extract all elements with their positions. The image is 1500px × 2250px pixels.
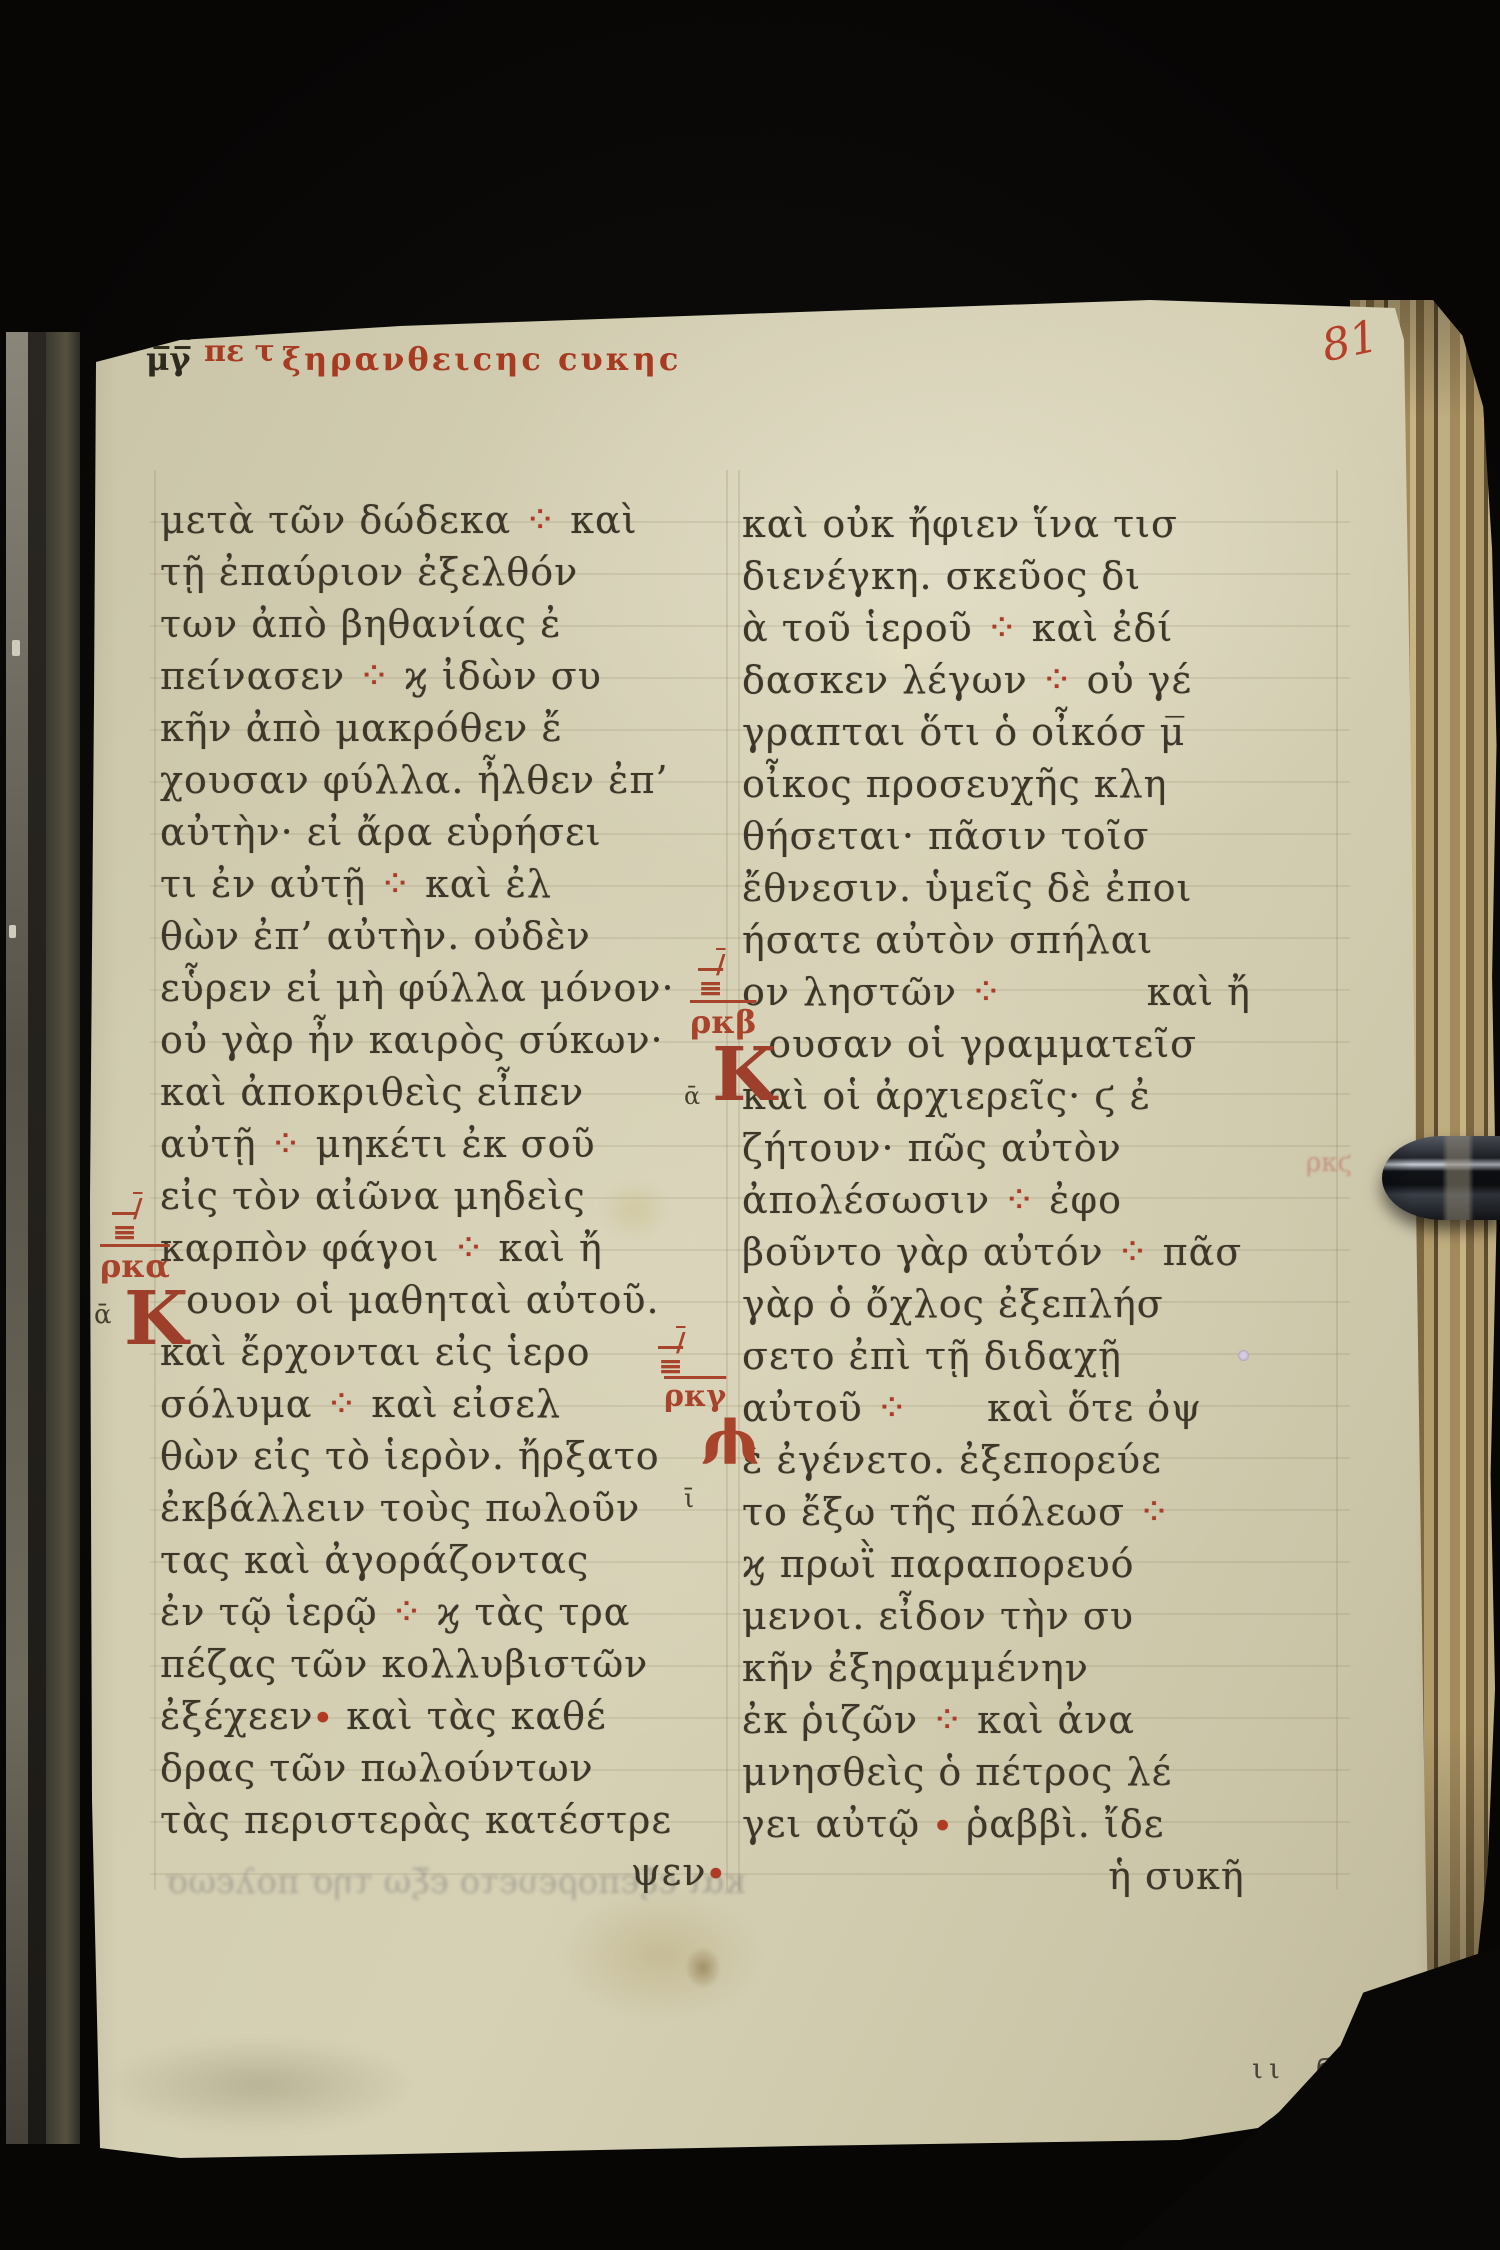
manuscript-line: μενοι. εἶδον τὴν συ [742,1590,1342,1642]
kephalaion-abbreviation: πε τ [204,334,275,369]
manuscript-line: δρας τῶν πωλούντων [160,1742,740,1794]
manuscript-photo: και ϵξϵπορϵυϵτο ϵξω τησ πολϵωσ μ̅γ̅ πε τ… [0,0,1500,2250]
canon-number-1: ᾱ [94,1302,112,1328]
manuscript-line: ϗ πρωῒ παραπορευό [742,1538,1342,1590]
manuscript-line: καὶ οὐκ ἤφιεν ἵνα τισ [742,498,1342,550]
manuscript-line: ἐκβάλλειν τοὺς πωλοῦν [160,1482,740,1534]
ruling-vertical [154,470,156,1890]
initial-kappa-left: Κ [124,1282,188,1356]
spine-edge-strip [6,332,28,2144]
manuscript-line: ἐξέχεεν∙ καὶ τὰς καθέ [160,1690,740,1742]
canon-number-1: ᾱ [684,1084,700,1108]
manuscript-line: ήσατε αὐτὸν σπήλαι [742,914,1342,966]
ammonian-section-123: ρκγ [664,1382,726,1412]
manuscript-line: χουσαν φύλλα. ἦλθεν ἐπ’ [160,754,740,806]
manuscript-line: σόλυμα ⁘ καὶ εἰσελ [160,1378,740,1430]
manuscript-line: καὶ ἔρχονται εἰς ἱερο [160,1326,740,1378]
manuscript-line: αὐτὴν· εἰ ἄρα εὑρήσει [160,806,740,858]
show-through-red: ρκϛ [1306,1150,1352,1176]
column-left: μετὰ τῶν δώδεκα ⁘ καὶτῇ ἐπαύριον ἐξελθόν… [160,494,740,1898]
pen [1382,1136,1500,1220]
manuscript-line: ουον οἱ μαθηταὶ αὐτοῦ. [160,1274,740,1326]
manuscript-line: διενέγκη. σκεῦος δι [742,550,1342,602]
manuscript-line: σετο ἐπὶ τῇ διδαχῇ [742,1330,1342,1382]
manuscript-line: τι ἐν αὐτῇ ⁘ καὶ ἐλ [160,858,740,910]
manuscript-line: ἡ συκῆ [742,1850,1342,1902]
manuscript-line: θὼν εἰς τὸ ἱερὸν. ἤρξατο [160,1430,740,1482]
manuscript-line: αὐτοῦ ⁘ καὶ ὅτε ὀψ [742,1382,1342,1434]
manuscript-line: ζήτουν· πῶς αὐτὸν [742,1122,1342,1174]
spine-paper-chip [12,640,20,656]
manuscript-line: τῇ ἐπαύριον ἐξελθόν [160,546,740,598]
canon-bars: ≡ [658,1352,683,1382]
stain [686,1948,720,1988]
manuscript-line: δασκεν λέγων ⁘ οὐ γέ [742,654,1342,706]
column-right: καὶ οὐκ ἤφιεν ἵνα τισδιενέγκη. σκεῦος δι… [742,498,1342,1902]
manuscript-line: ουσαν οἱ γραμματεῖσ [742,1018,1342,1070]
folio-number: 81 [1317,311,1382,373]
canon-bars: ≡ [698,974,723,1004]
manuscript-page: και ϵξϵπορϵυϵτο ϵξω τησ πολϵωσ μ̅γ̅ πε τ… [0,0,1500,2250]
manuscript-line: ψεν∙ [160,1846,740,1898]
manuscript-line: το ἔξω τῆς πόλεωσ ⁘ [742,1486,1342,1538]
manuscript-line: ον ληστῶν ⁘ καὶ ἤ [742,966,1342,1018]
manuscript-line: εὗρεν εἰ μὴ φύλλα μόνον· [160,962,740,1014]
iota-gloss: ῑ [684,1486,694,1512]
manuscript-line: τὰς περιστερὰς κατέστρε [160,1794,740,1846]
manuscript-line: οὐ γὰρ ἦν καιρὸς σύκων· [160,1014,740,1066]
kephalaion-number: μ̅γ̅ [146,340,191,378]
canon-bars: ≡ [112,1218,137,1248]
manuscript-line: πέζας τῶν κολλυβιστῶν [160,1638,740,1690]
spine-edge-strip [28,332,46,2144]
stain [560,1890,760,2020]
spine-edge-strip [46,332,80,2144]
manuscript-line: ὲ ἐγένετο. ἐξεπορεύε [742,1434,1342,1486]
wormhole [1238,1350,1249,1361]
manuscript-line: ἀπολέσωσιν ⁘ ἐφο [742,1174,1342,1226]
manuscript-line: βοῦντο γὰρ αὐτόν ⁘ πᾶσ [742,1226,1342,1278]
manuscript-line: γραπται ὅτι ὁ οἶκόσ μ̅ [742,706,1342,758]
manuscript-line: ὰ τοῦ ἱεροῦ ⁘ καὶ ἐδί [742,602,1342,654]
manuscript-line: πείνασεν ⁘ ϗ ἰδὼν συ [160,650,740,702]
manuscript-line: μνησθεὶς ὁ πέτρος λέ [742,1746,1342,1798]
manuscript-line: θήσεται· πᾶσιν τοῖσ [742,810,1342,862]
stain [110,2040,410,2130]
manuscript-line: ἔθνεσιν. ὑμεῖς δὲ ἐποι [742,862,1342,914]
initial-kappa-right: Κ [712,1038,776,1112]
manuscript-line: των ἀπὸ βηθανίας ἐ [160,598,740,650]
manuscript-line: οἶκος προσευχῆς κλη [742,758,1342,810]
manuscript-line: καρπὸν φάγοι ⁘ καὶ ἤ [160,1222,740,1274]
manuscript-line: κῆν ἐξηραμμένην [742,1642,1342,1694]
manuscript-line: γὰρ ὁ ὄχλος ἐξεπλήσ [742,1278,1342,1330]
manuscript-line: κῆν ἀπὸ μακρόθεν ἔ [160,702,740,754]
show-through-pink: ϲϛ [112,318,143,346]
manuscript-line: ἐκ ῥιζῶν ⁘ καὶ ἀνα [742,1694,1342,1746]
manuscript-line: ἐν τῷ ἱερῷ ⁘ ϗ τὰς τρα [160,1586,740,1638]
manuscript-line: μετὰ τῶν δώδεκα ⁘ καὶ [160,494,740,546]
manuscript-line: θὼν ἐπ’ αὐτὴν. οὐδὲν [160,910,740,962]
manuscript-line: καὶ οἱ ἀρχιερεῖς· ϛ ἐ [742,1070,1342,1122]
lection-anchor-mark: ψ [700,1420,760,1484]
manuscript-line: εἰς τὸν αἰῶνα μηδεὶς [160,1170,740,1222]
manuscript-line: αὐτῇ ⁘ μηκέτι ἐκ σοῦ [160,1118,740,1170]
kephalaion-title: ξηρανθειϲηϲ ϲυκηϲ [282,340,681,378]
manuscript-line: γει αὐτῷ ∙ ῥαββὶ. ἴδε [742,1798,1342,1850]
manuscript-line: τας καὶ ἀγοράζοντας [160,1534,740,1586]
spine-paper-chip [9,925,16,938]
manuscript-line: καὶ ἀποκριθεὶς εἶπεν [160,1066,740,1118]
